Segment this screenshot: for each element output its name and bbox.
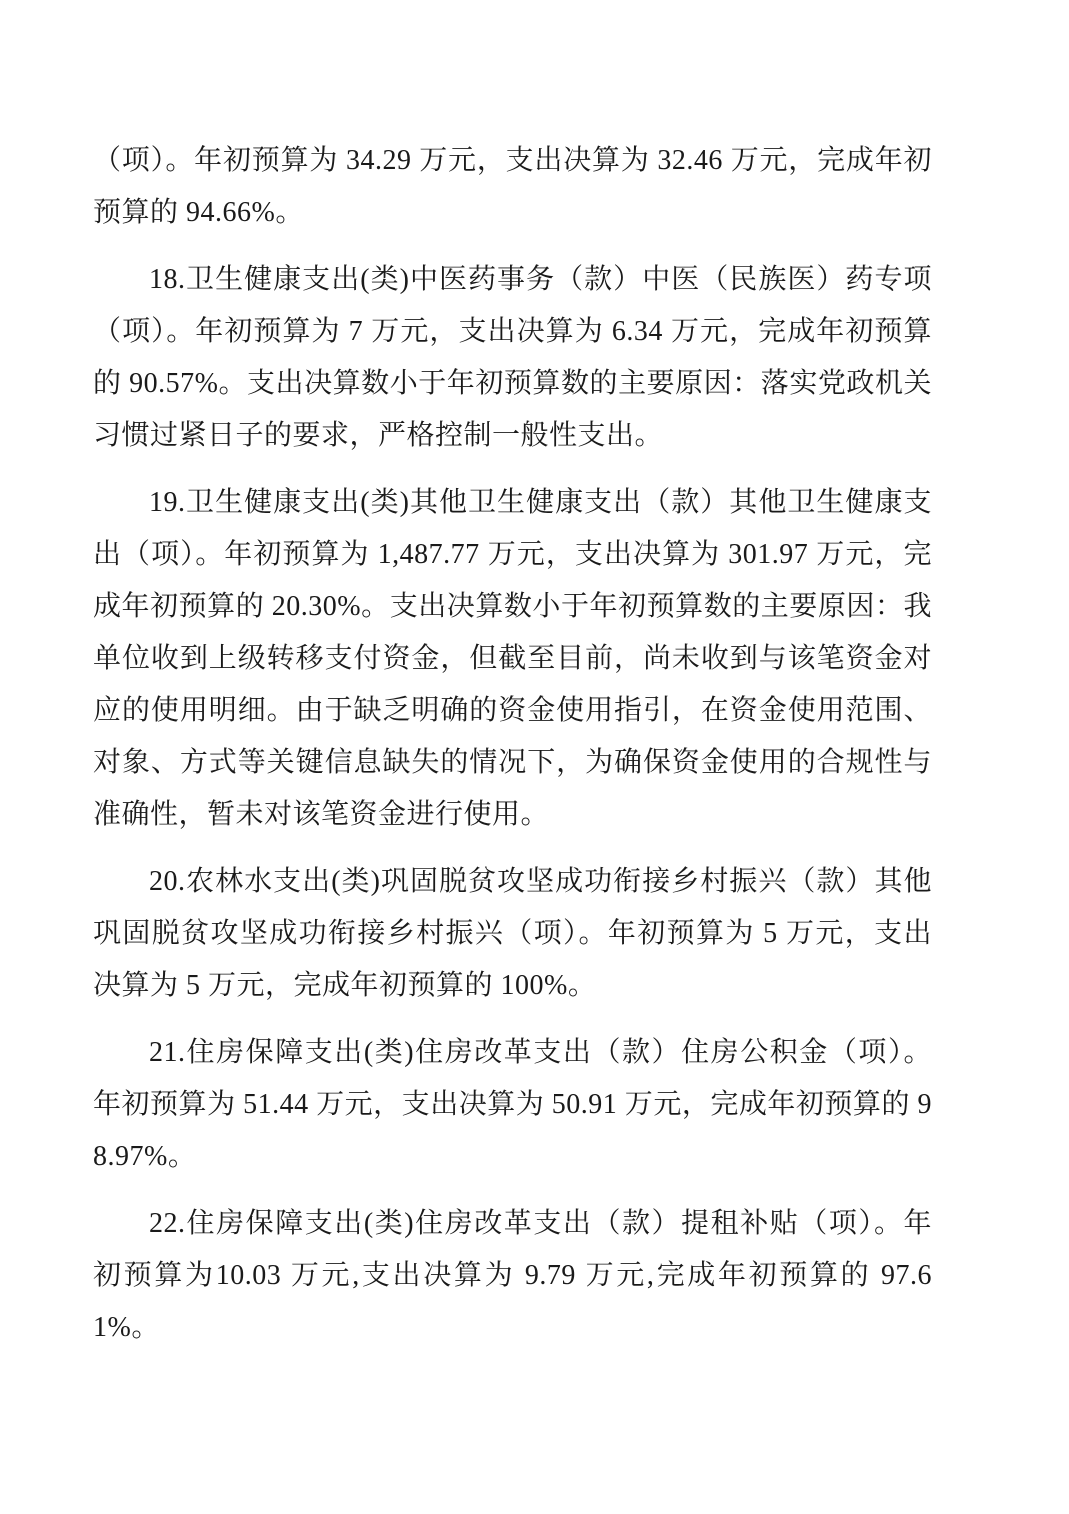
paragraph-item-19: 19.卫生健康支出(类)其他卫生健康支出（款）其他卫生健康支出（项）。年初预算为… bbox=[93, 477, 932, 841]
document-body: （项）。年初预算为 34.29 万元，支出决算为 32.46 万元，完成年初预算… bbox=[93, 135, 932, 1354]
paragraph-item-21: 21.住房保障支出(类)住房改革支出（款）住房公积金（项）。年初预算为 51.4… bbox=[93, 1027, 932, 1183]
paragraph-item-22: 22.住房保障支出(类)住房改革支出（款）提租补贴（项）。年初预算为10.03 … bbox=[93, 1198, 932, 1354]
paragraph-item-20: 20.农林水支出(类)巩固脱贫攻坚成功衔接乡村振兴（款）其他巩固脱贫攻坚成功衔接… bbox=[93, 856, 932, 1012]
paragraph-continuation-item-17: （项）。年初预算为 34.29 万元，支出决算为 32.46 万元，完成年初预算… bbox=[93, 135, 932, 239]
document-page: （项）。年初预算为 34.29 万元，支出决算为 32.46 万元，完成年初预算… bbox=[0, 0, 1069, 1514]
paragraph-item-18: 18.卫生健康支出(类)中医药事务（款）中医（民族医）药专项（项）。年初预算为 … bbox=[93, 254, 932, 462]
